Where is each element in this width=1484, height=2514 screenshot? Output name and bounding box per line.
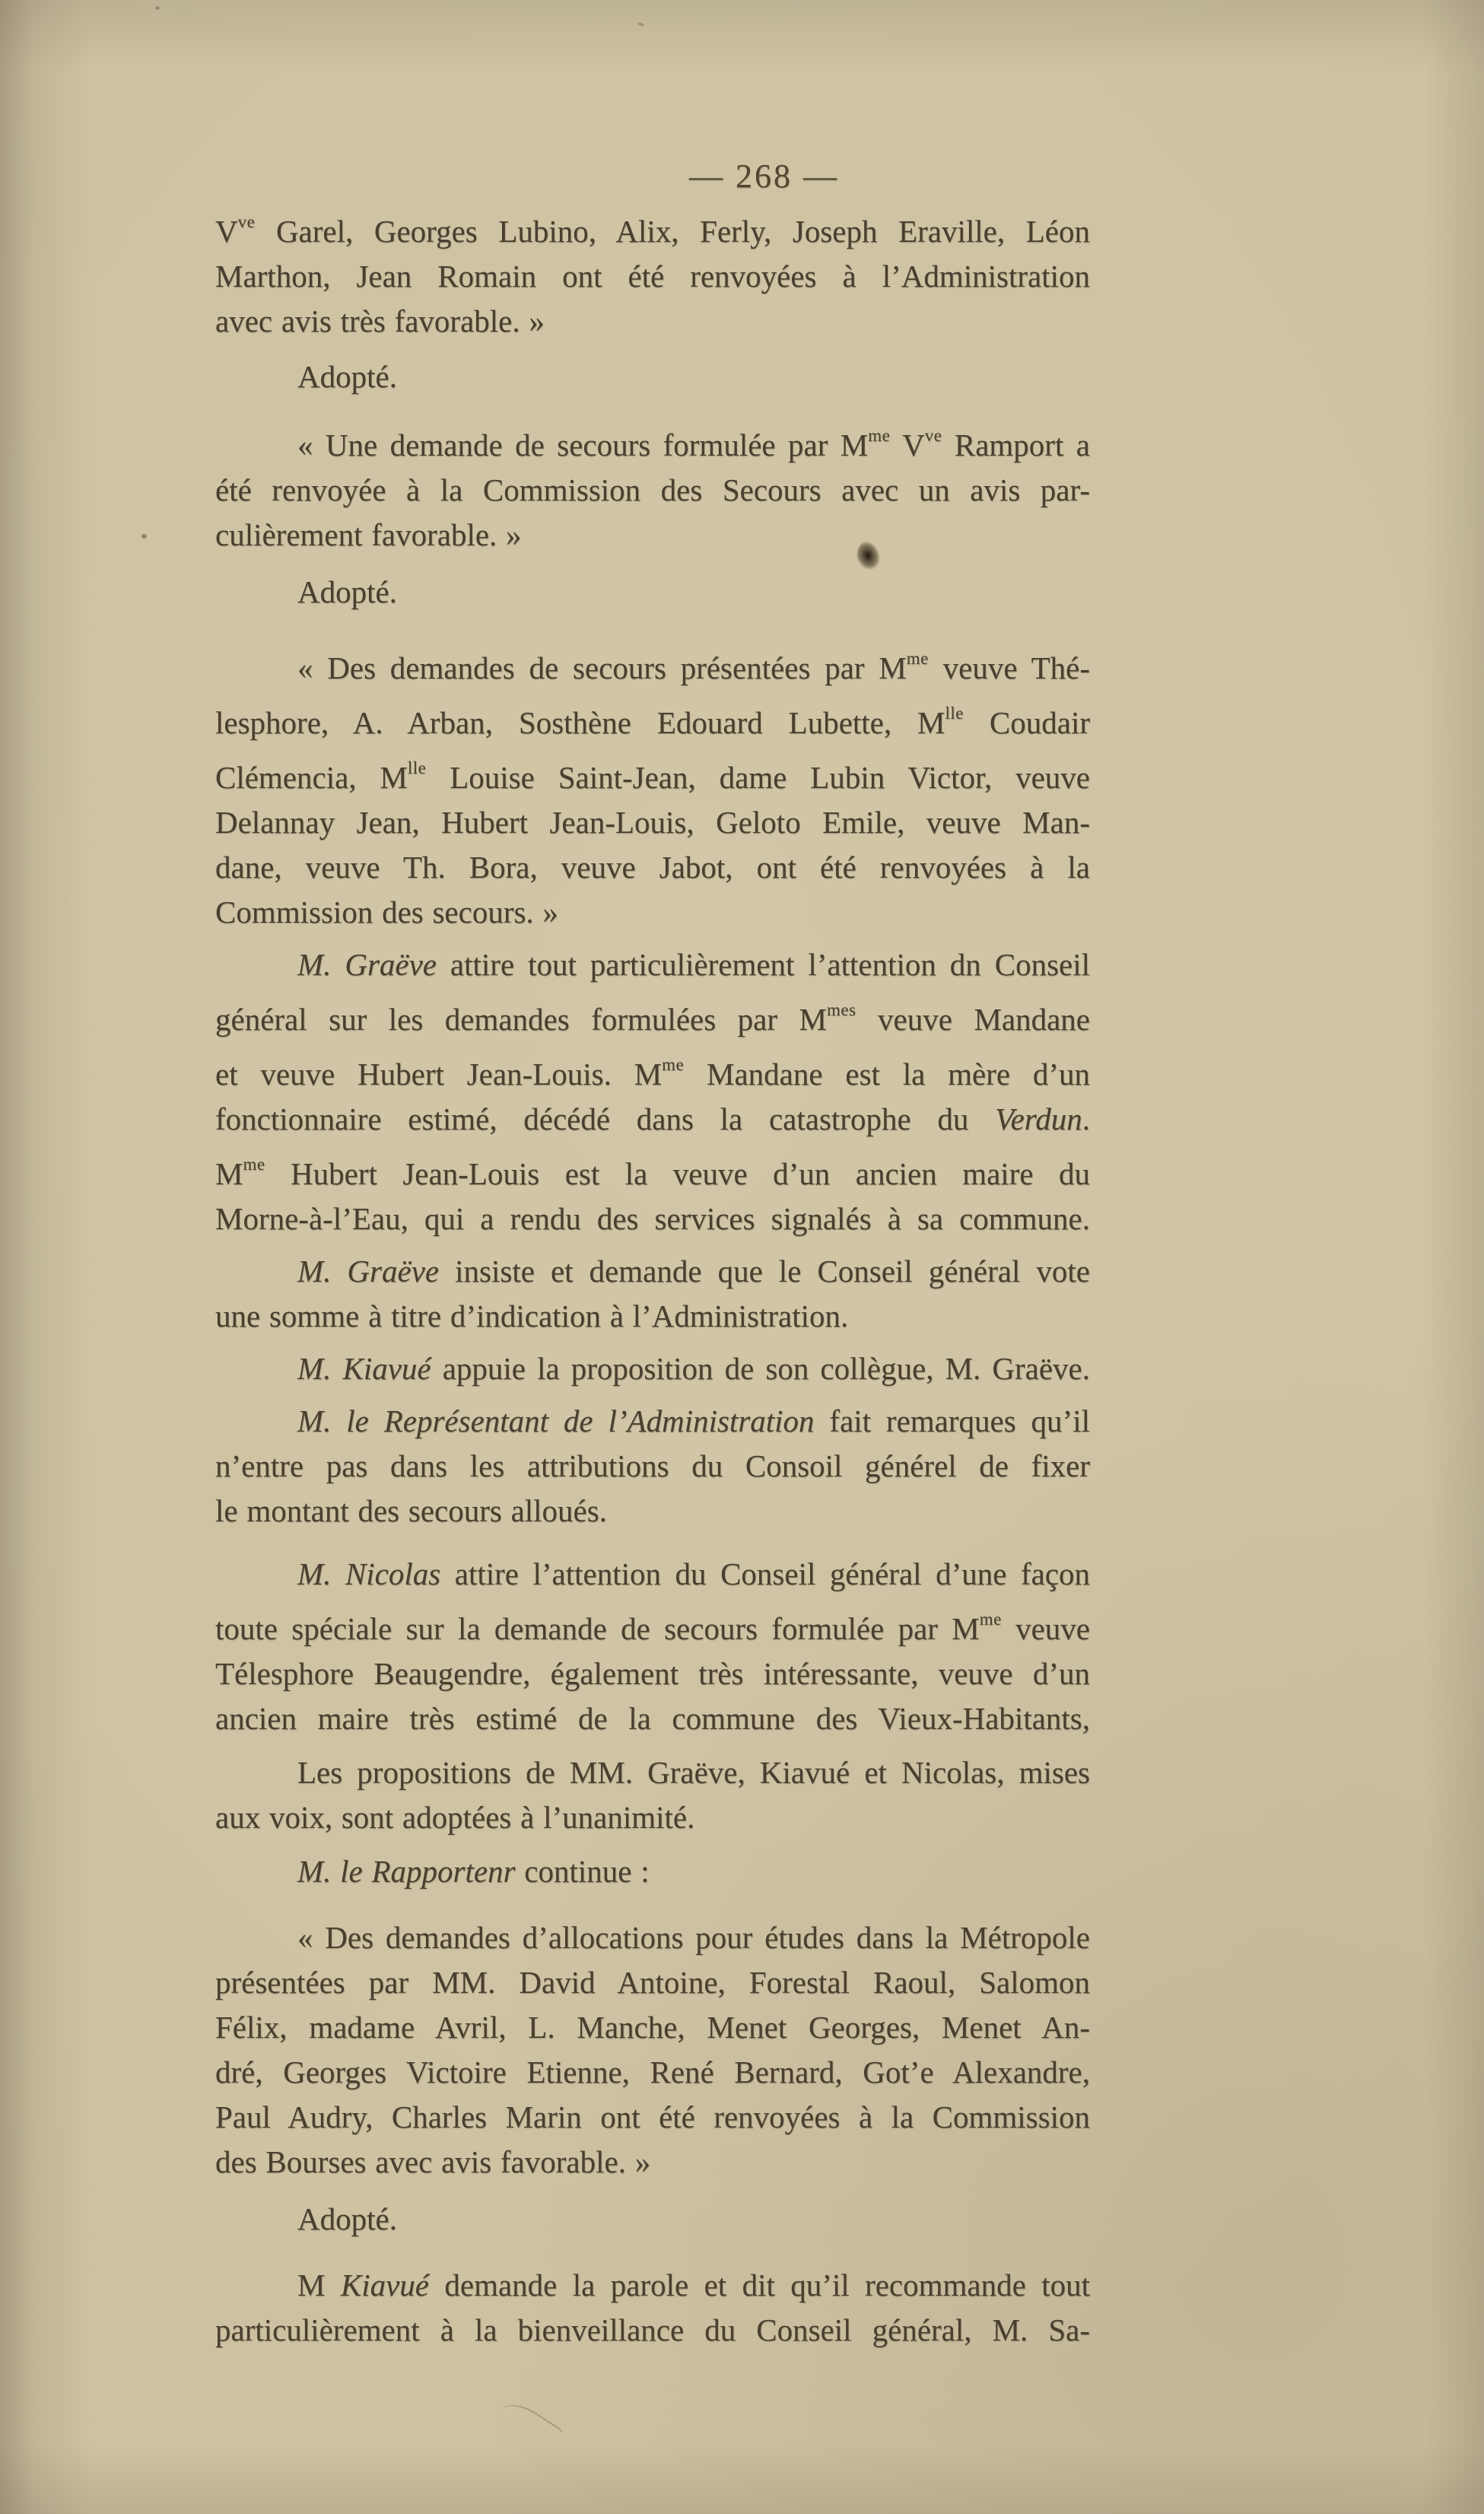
text-line: le montant des secours alloués. bbox=[215, 1489, 1090, 1534]
body-text: demande la parole et dit qu’il recommand… bbox=[429, 2268, 1090, 2303]
body-text: Adopté. bbox=[297, 2201, 397, 2236]
text-line: « Des demandes de secours présentées par… bbox=[215, 636, 1090, 691]
body-text: veuve Thé- bbox=[929, 650, 1090, 685]
body-text: . bbox=[1082, 1101, 1090, 1136]
superscript-text: me bbox=[243, 1155, 265, 1174]
text-line: aux voix, sont adoptées à l’unanimité. bbox=[215, 1795, 1090, 1840]
text-line: fonctionnaire estimé, décédé dans la cat… bbox=[215, 1097, 1090, 1142]
body-text: Paul Audry, Charles Marin ont été renvoy… bbox=[215, 2099, 1090, 2134]
page-number: — 268 — bbox=[0, 157, 1484, 195]
body-text: Télesphore Beaugendre, également très in… bbox=[215, 1656, 1090, 1691]
italic-text: M. Nicolas bbox=[297, 1556, 440, 1591]
text-line: Marthon, Jean Romain ont été renvoyées à… bbox=[215, 254, 1090, 299]
body-text: Clémencia, M bbox=[215, 760, 408, 795]
text-line: toute spéciale sur la demande de secours… bbox=[215, 1597, 1090, 1651]
text-line: dane, veuve Th. Bora, veuve Jabot, ont é… bbox=[215, 845, 1090, 890]
text-line: M. Graëve attire tout particulièrement l… bbox=[215, 942, 1090, 987]
text-line: Morne-à-l’Eau, qui a rendu des services … bbox=[215, 1197, 1090, 1241]
body-text: n’entre pas dans les attributions du Con… bbox=[215, 1448, 1090, 1483]
body-text: veuve bbox=[1002, 1611, 1090, 1646]
text-line: Adopté. bbox=[215, 570, 1090, 615]
body-text: « Une demande de secours formulée par M bbox=[297, 427, 868, 462]
text-line: Adopté. bbox=[215, 2197, 1090, 2242]
superscript-text: me bbox=[980, 1610, 1002, 1629]
superscript-text: lle bbox=[408, 758, 427, 777]
body-text: appuie la proposition de son collègue, M… bbox=[431, 1351, 1090, 1386]
text-line: Félix, madame Avril, L. Manche, Menet Ge… bbox=[215, 2005, 1090, 2050]
text-line: M. le Représentant de l’Administration f… bbox=[215, 1399, 1090, 1444]
body-text: veuve Mandane bbox=[856, 1002, 1090, 1037]
ink-speck bbox=[141, 534, 147, 539]
body-text: Marthon, Jean Romain ont été renvoyées à… bbox=[215, 259, 1090, 294]
crease-mark bbox=[488, 2395, 564, 2464]
italic-text: Kiavué bbox=[341, 2268, 429, 2303]
body-text: Commission des secours. » bbox=[215, 895, 558, 930]
body-text: M bbox=[297, 2268, 341, 2303]
superscript-text: me bbox=[662, 1055, 684, 1074]
superscript-text: ve bbox=[238, 212, 256, 231]
superscript-text: me bbox=[868, 426, 890, 445]
p-representant: M. le Représentant de l’Administration f… bbox=[215, 1399, 1090, 1534]
text-line: « Une demande de secours formulée par Mm… bbox=[215, 413, 1090, 468]
body-text: Morne-à-l’Eau, qui a rendu des services … bbox=[215, 1201, 1090, 1236]
p-renvoi-garel: Vve Garel, Georges Lubino, Alix, Ferly, … bbox=[215, 199, 1090, 344]
italic-text: M. le Rapportenr bbox=[297, 1854, 516, 1889]
text-line: dré, Georges Victoire Etienne, René Bern… bbox=[215, 2050, 1090, 2095]
text-line: Les propositions de MM. Graëve, Kiavué e… bbox=[215, 1750, 1090, 1795]
p-kiavue-appuie: M. Kiavué appuie la proposition de son c… bbox=[215, 1346, 1090, 1391]
body-text: Hubert Jean-Louis est la veuve d’un anci… bbox=[265, 1156, 1090, 1191]
body-text: ancien maire très estimé de la commune d… bbox=[215, 1701, 1090, 1736]
p-demandes-secours: « Des demandes de secours présentées par… bbox=[215, 636, 1090, 935]
p-propositions: Les propositions de MM. Graëve, Kiavué e… bbox=[215, 1750, 1090, 1840]
text-line: particulièrement à la bienveillance du C… bbox=[215, 2308, 1090, 2353]
p-graeve-attire: M. Graëve attire tout particulièrement l… bbox=[215, 942, 1090, 1241]
body-text: Les propositions de MM. Graëve, Kiavué e… bbox=[297, 1755, 1090, 1790]
p-graeve-insiste: M. Graëve insiste et demande que le Cons… bbox=[215, 1249, 1090, 1339]
body-text: Garel, Georges Lubino, Alix, Ferly, Jose… bbox=[255, 214, 1090, 249]
body-text: été renvoyée à la Commission des Secours… bbox=[215, 472, 1090, 507]
text-line: M. Graëve insiste et demande que le Cons… bbox=[215, 1249, 1090, 1294]
body-text: Ramport a bbox=[942, 427, 1090, 462]
text-line: une somme à titre d’indication à l’Admin… bbox=[215, 1294, 1090, 1339]
p-adopte-3: Adopté. bbox=[215, 2197, 1090, 2242]
p-nicolas: M. Nicolas attire l’attention du Conseil… bbox=[215, 1552, 1090, 1741]
text-line: Télesphore Beaugendre, également très in… bbox=[215, 1651, 1090, 1696]
ink-speck bbox=[155, 6, 160, 10]
text-line: présentées par MM. David Antoine, Forest… bbox=[215, 1960, 1090, 2005]
text-line: ancien maire très estimé de la commune d… bbox=[215, 1696, 1090, 1741]
p-demandes-allocations: « Des demandes d’allocations pour études… bbox=[215, 1915, 1090, 2185]
body-text: attire l’attention du Conseil général d’… bbox=[440, 1556, 1090, 1591]
text-line: M. Nicolas attire l’attention du Conseil… bbox=[215, 1552, 1090, 1597]
body-text: présentées par MM. David Antoine, Forest… bbox=[215, 1965, 1090, 2000]
body-text: V bbox=[215, 214, 238, 249]
p-adopte-2: Adopté. bbox=[215, 570, 1090, 615]
text-line: M Kiavué demande la parole et dit qu’il … bbox=[215, 2263, 1090, 2308]
body-text: Louise Saint-Jean, dame Lubin Victor, ve… bbox=[426, 760, 1090, 795]
italic-text: M. Graëve bbox=[297, 1254, 439, 1289]
superscript-text: lle bbox=[945, 704, 964, 723]
text-line: n’entre pas dans les attributions du Con… bbox=[215, 1444, 1090, 1489]
text-column: Vve Garel, Georges Lubino, Alix, Ferly, … bbox=[215, 199, 1090, 2353]
italic-text: M. Graëve bbox=[297, 947, 437, 982]
italic-text: M. le Représentant de l’Administration bbox=[297, 1403, 815, 1438]
text-line: Vve Garel, Georges Lubino, Alix, Ferly, … bbox=[215, 199, 1090, 254]
text-line: et veuve Hubert Jean-Louis. Mme Mandane … bbox=[215, 1042, 1090, 1097]
body-text: culièrement favorable. » bbox=[215, 517, 522, 552]
body-text: lesphore, A. Arban, Sosthène Edouard Lub… bbox=[215, 705, 945, 740]
p-adopte-1: Adopté. bbox=[215, 354, 1090, 399]
text-line: Mme Hubert Jean-Louis est la veuve d’un … bbox=[215, 1142, 1090, 1197]
body-text: particulièrement à la bienveillance du C… bbox=[215, 2312, 1090, 2347]
italic-text: M. Kiavué bbox=[297, 1351, 431, 1386]
body-text: dré, Georges Victoire Etienne, René Bern… bbox=[215, 2055, 1090, 2090]
body-text: dane, veuve Th. Bora, veuve Jabot, ont é… bbox=[215, 850, 1090, 885]
text-line: M. le Rapportenr continue : bbox=[215, 1849, 1090, 1894]
superscript-text: mes bbox=[827, 1000, 856, 1019]
body-text: aux voix, sont adoptées à l’unanimité. bbox=[215, 1800, 694, 1835]
text-line: Delannay Jean, Hubert Jean-Louis, Geloto… bbox=[215, 800, 1090, 845]
body-text: Mandane est la mère d’un bbox=[684, 1057, 1090, 1092]
p-demande-ramport: « Une demande de secours formulée par Mm… bbox=[215, 413, 1090, 558]
text-line: « Des demandes d’allocations pour études… bbox=[215, 1915, 1090, 1960]
body-text: avec avis très favorable. » bbox=[215, 304, 545, 338]
scanned-document-page: — 268 — Vve Garel, Georges Lubino, Alix,… bbox=[0, 0, 1484, 2514]
body-text: attire tout particulièrement l’attention… bbox=[437, 947, 1090, 982]
text-line: Adopté. bbox=[215, 354, 1090, 399]
body-text: Coudair bbox=[964, 705, 1090, 740]
ink-speck bbox=[637, 22, 645, 27]
body-text: M bbox=[215, 1156, 243, 1191]
body-text: Adopté. bbox=[297, 359, 397, 394]
text-line: général sur les demandes formulées par M… bbox=[215, 987, 1090, 1042]
body-text: Adopté. bbox=[297, 574, 397, 609]
p-kiavue-parole: M Kiavué demande la parole et dit qu’il … bbox=[215, 2263, 1090, 2353]
superscript-text: ve bbox=[925, 426, 942, 445]
body-text: général sur les demandes formulées par M bbox=[215, 1002, 827, 1037]
body-text: le montant des secours alloués. bbox=[215, 1493, 607, 1528]
body-text: et veuve Hubert Jean-Louis. M bbox=[215, 1057, 662, 1092]
text-line: lesphore, A. Arban, Sosthène Edouard Lub… bbox=[215, 691, 1090, 745]
text-line: Clémencia, Mlle Louise Saint-Jean, dame … bbox=[215, 745, 1090, 800]
body-text: Félix, madame Avril, L. Manche, Menet Ge… bbox=[215, 2010, 1090, 2045]
body-text: des Bourses avec avis favorable. » bbox=[215, 2144, 650, 2179]
body-text: fonctionnaire estimé, décédé dans la cat… bbox=[215, 1101, 995, 1136]
body-text: continue : bbox=[516, 1854, 650, 1889]
text-line: des Bourses avec avis favorable. » bbox=[215, 2140, 1090, 2185]
text-line: culièrement favorable. » bbox=[215, 513, 1090, 558]
body-text: insiste et demande que le Conseil généra… bbox=[439, 1254, 1090, 1289]
body-text: V bbox=[890, 427, 924, 462]
body-text: fait remarques qu’il bbox=[815, 1403, 1090, 1438]
body-text: toute spéciale sur la demande de secours… bbox=[215, 1611, 980, 1646]
superscript-text: me bbox=[907, 649, 929, 668]
body-text: une somme à titre d’indication à l’Admin… bbox=[215, 1298, 848, 1333]
text-line: avec avis très favorable. » bbox=[215, 299, 1090, 344]
italic-text: Verdun bbox=[995, 1101, 1082, 1136]
text-line: M. Kiavué appuie la proposition de son c… bbox=[215, 1346, 1090, 1391]
p-rapporteur-continue: M. le Rapportenr continue : bbox=[215, 1849, 1090, 1894]
body-text: « Des demandes d’allocations pour études… bbox=[297, 1920, 1090, 1955]
body-text: Delannay Jean, Hubert Jean-Louis, Geloto… bbox=[215, 805, 1090, 840]
text-line: Commission des secours. » bbox=[215, 890, 1090, 935]
text-line: été renvoyée à la Commission des Secours… bbox=[215, 468, 1090, 513]
body-text: « Des demandes de secours présentées par… bbox=[297, 650, 907, 685]
text-line: Paul Audry, Charles Marin ont été renvoy… bbox=[215, 2095, 1090, 2140]
